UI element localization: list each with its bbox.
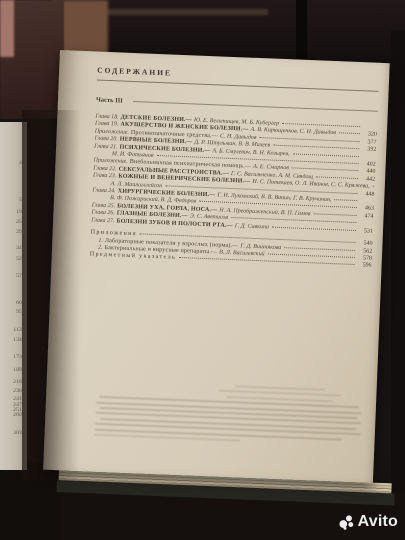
facing-page-number: 25 <box>16 219 22 225</box>
contents-header: СОДЕРЖАНИЕ <box>97 66 172 78</box>
facing-page-number: 260 <box>13 412 22 418</box>
facing-page-number: 19 <box>16 209 22 215</box>
dot-leader <box>259 137 359 142</box>
dot-leader <box>273 145 359 149</box>
dot-leader <box>316 176 358 179</box>
facing-page-number: 113 <box>13 327 22 333</box>
dot-leader <box>268 253 355 258</box>
toc-entry-page-number <box>362 158 376 159</box>
facing-page-number: 60 <box>16 300 22 306</box>
background-shelf-seam <box>100 9 268 15</box>
book-contents-page: СОДЕРЖАНИЕ Часть III Глава 18. ДЕТСКИЕ Б… <box>43 50 390 483</box>
facing-page-number: 134 <box>13 337 22 343</box>
facing-page-edge: 4519252934525760951131341731892182362412… <box>0 122 27 470</box>
toc-entry-page-number: 474 <box>359 213 373 221</box>
avito-watermark: Avito <box>339 513 398 531</box>
dot-leader <box>334 199 357 201</box>
facing-page-number: 34 <box>16 245 22 251</box>
toc-entry-prefix: Глава 24. <box>92 187 116 195</box>
toc-list: Глава 18. ДЕТСКИЕ БОЛЕЗНИ.— Ю. Е. Вельти… <box>91 113 377 235</box>
avito-logo-icon <box>339 515 354 530</box>
toc-entry-prefix: Глава 27. <box>91 217 115 225</box>
toc-entry-page-number: 392 <box>362 146 376 154</box>
dot-leader <box>293 153 359 157</box>
part-row: Часть III <box>96 96 378 114</box>
toc-entry-page-number <box>363 128 377 129</box>
dot-leader <box>292 168 359 172</box>
imprint-line <box>235 385 325 391</box>
part-rule <box>133 101 378 112</box>
dot-leader <box>282 123 360 127</box>
facing-page-number: 303 <box>13 430 22 436</box>
dot-leader <box>373 186 375 187</box>
facing-page-number: 95 <box>16 309 22 315</box>
background-right-shadow <box>391 30 405 540</box>
toc-entry-page-number: 448 <box>360 191 374 199</box>
background-left-shadow <box>0 462 60 540</box>
dot-leader <box>272 226 356 230</box>
facing-page-number: 4 <box>19 160 22 166</box>
header-rule <box>97 80 379 92</box>
part-label: Часть III <box>96 96 123 104</box>
facing-page-number: 5 <box>19 197 22 203</box>
toc-entry-page-number <box>360 202 374 203</box>
subject-index-page-number: 596 <box>357 262 371 270</box>
facing-page-number: 173 <box>13 354 22 360</box>
toc-entry-prefix: Глава 21. <box>94 143 118 151</box>
dot-leader <box>313 213 356 216</box>
facing-page-number: 57 <box>16 273 22 279</box>
facing-page-number: 218 <box>13 379 22 385</box>
toc-entry-page-number: 531 <box>359 228 373 236</box>
toc-entry-page-number <box>359 224 373 225</box>
toc-entry-prefix: Глава 23. <box>93 173 117 181</box>
facing-page-number: 189 <box>13 367 22 373</box>
background-object-pink <box>0 0 14 57</box>
facing-page-number: 236 <box>13 388 22 394</box>
facing-page-number: 29 <box>16 229 22 235</box>
toc-entry-prefix: 1. <box>98 237 103 245</box>
avito-watermark-text: Avito <box>358 513 398 531</box>
faint-imprint-block <box>94 380 362 450</box>
facing-page-number: 52 <box>16 256 22 262</box>
marketplace-photo: 4519252934525760951131341731892182362412… <box>0 0 405 540</box>
toc-block: Глава 18. ДЕТСКИЕ БОЛЕЗНИ.— Ю. Е. Вельти… <box>90 113 378 270</box>
dot-leader <box>339 133 360 135</box>
dot-leader <box>284 247 355 251</box>
toc-entry-authors: Г. Д. Савкина <box>235 223 269 232</box>
